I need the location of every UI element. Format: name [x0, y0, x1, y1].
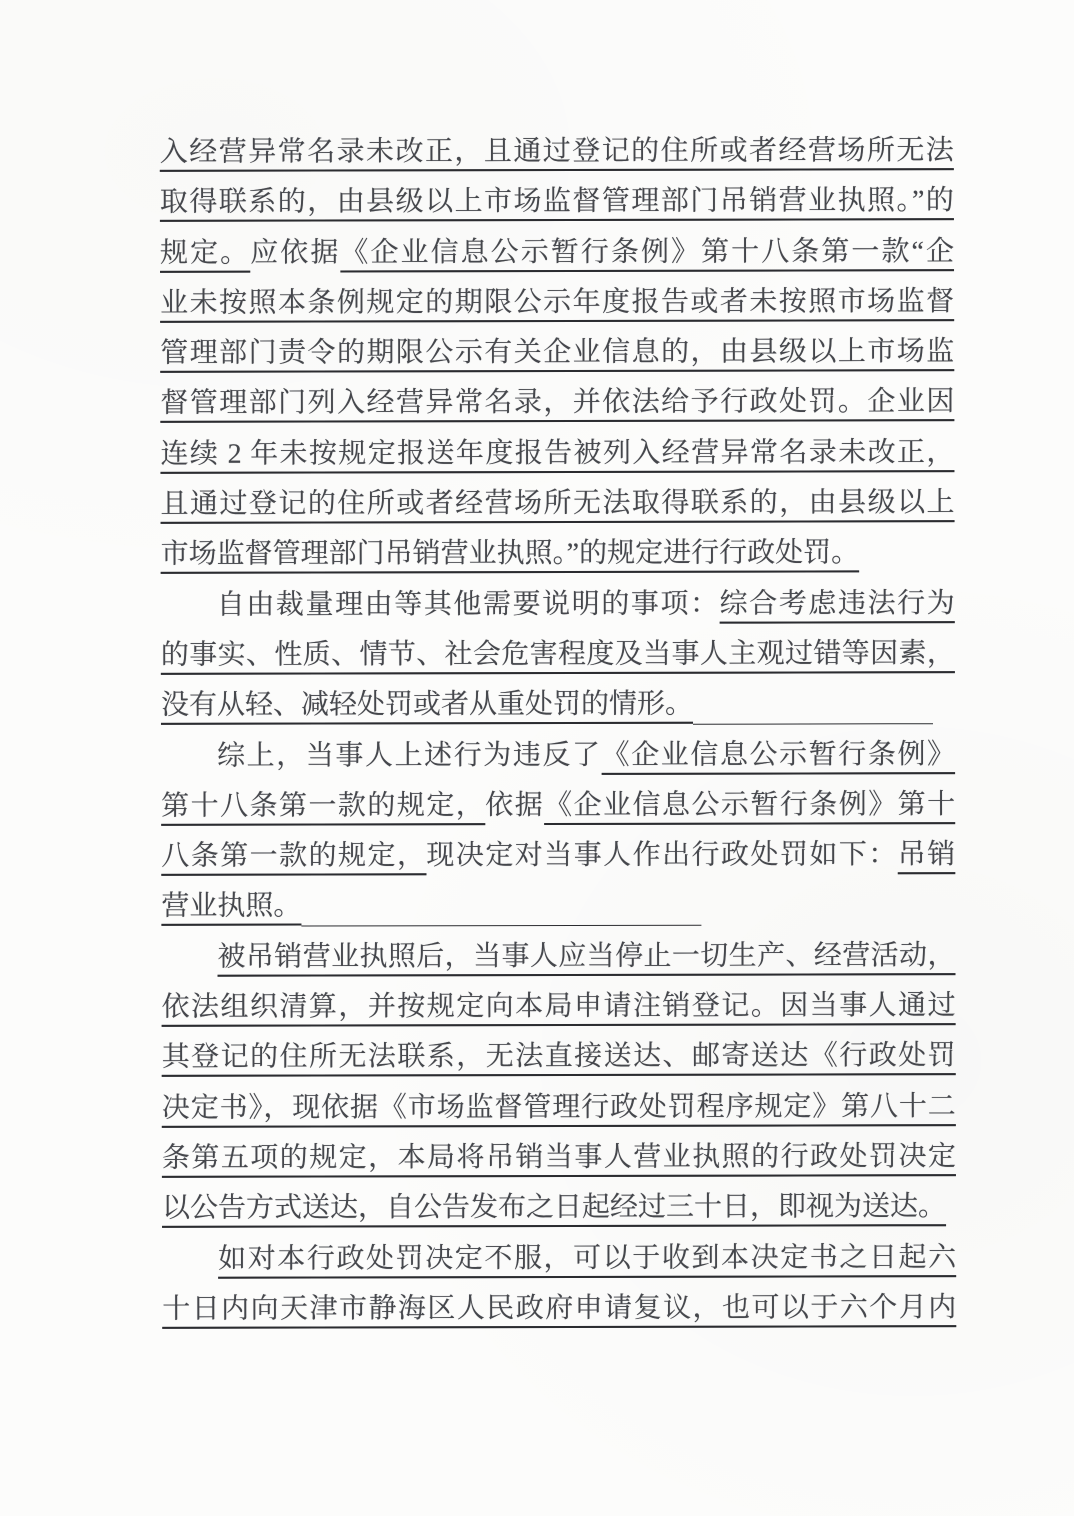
text-line: 自由裁量理由等其他需要说明的事项：综合考虑违法行为: [161, 579, 955, 631]
text-line: 营业执照。: [161, 881, 955, 933]
text-line: 综上，当事人上述行为违反了《企业信息公示暂行条例》: [161, 730, 955, 782]
text-segment: 应依据: [250, 237, 340, 268]
underlined-text-segment: 市场监督管理部门吊销营业执照。”的规定进行行政处罚。: [161, 538, 860, 570]
underlined-text-segment: 业未按照本条例规定的期限公示年度报告或者未按照市场监督: [160, 286, 954, 319]
text-line: 其登记的住所无法联系，无法直接送达、邮寄送达《行政处罚: [162, 1032, 956, 1084]
text-line: 没有从轻、减轻处罚或者从重处罚的情形。: [161, 679, 955, 731]
text-line: 取得联系的，由县级以上市场监督管理部门吊销营业执照。”的: [160, 176, 954, 228]
underlined-text-segment: 第十八条第一款的规定，: [161, 790, 485, 822]
text-line: 督管理部门列入经营异常名录，并依法给予行政处罚。企业因: [160, 378, 954, 430]
text-line: 十日内向天津市静海区人民政府申请复议，也可以于六个月内: [162, 1283, 956, 1335]
text-segment: 自由裁量理由等其他需要说明的事项：: [217, 588, 720, 620]
underlined-text-segment: 决定书》，现依据《市场监督管理行政处罚程序规定》第八十二: [162, 1091, 956, 1124]
scanned-page: 入经营异常名录未改正，且通过登记的住所或者经营场所无法取得联系的，由县级以上市场…: [0, 0, 1074, 1516]
underlined-text-segment: 《企业信息公示暂行条例》第十八条第一款“企: [340, 236, 954, 268]
text-line: 第十八条第一款的规定，依据《企业信息公示暂行条例》第十: [161, 780, 955, 832]
underlined-text-segment: 其登记的住所无法联系，无法直接送达、邮寄送达《行政处罚: [162, 1041, 956, 1074]
underlined-text-segment: 管理部门责令的期限公示有关企业信息的，由县级以上市场监: [160, 336, 954, 369]
blank-underline-rule: [301, 924, 701, 927]
text-line: 规定。应依据《企业信息公示暂行条例》第十八条第一款“企: [160, 227, 954, 279]
underlined-text-segment: 以公告方式送达，自公告发布之日起经过三十日，即视为送达。: [162, 1191, 946, 1224]
text-line: 决定书》，现依据《市场监督管理行政处罚程序规定》第八十二: [162, 1082, 956, 1134]
underlined-text-segment: 《企业信息公示暂行条例》: [602, 739, 955, 771]
text-segment: 综上，当事人上述行为违反了: [217, 739, 602, 771]
blank-underline-rule: [693, 722, 933, 725]
underlined-text-segment: 连续 2 年未按规定报送年度报告被列入经营异常名录未改正，: [160, 437, 954, 470]
underlined-text-segment: 十日内向天津市静海区人民政府申请复议，也可以于六个月内: [162, 1292, 956, 1325]
text-line: 市场监督管理部门吊销营业执照。”的规定进行行政处罚。: [161, 529, 955, 581]
underlined-text-segment: 吊销: [898, 839, 956, 870]
underlined-text-segment: 如对本行政处罚决定不服，可以于收到本决定书之日起六: [218, 1242, 956, 1275]
text-line: 连续 2 年未按规定报送年度报告被列入经营异常名录未改正，: [160, 428, 954, 480]
underlined-text-segment: 《企业信息公示暂行条例》第十: [544, 789, 955, 821]
underlined-text-segment: 的事实、性质、情节、社会危害程度及当事人主观过错等因素，: [161, 638, 955, 671]
text-segment: 依据: [485, 790, 544, 821]
underlined-text-segment: 条第五项的规定，本局将吊销当事人营业执照的行政处罚决定: [162, 1141, 956, 1174]
text-line: 业未按照本条例规定的期限公示年度报告或者未按照市场监督: [160, 277, 954, 329]
text-line: 如对本行政处罚决定不服，可以于收到本决定书之日起六: [162, 1233, 956, 1285]
text-line: 八条第一款的规定，现决定对当事人作出行政处罚如下：吊销: [161, 830, 955, 882]
underlined-text-segment: 没有从轻、减轻处罚或者从重处罚的情形。: [161, 689, 693, 721]
underlined-text-segment: 依法组织清算，并按规定向本局申请注销登记。因当事人通过: [162, 990, 956, 1023]
underlined-text-segment: 取得联系的，由县级以上市场监督管理部门吊销营业执照。”的: [160, 185, 954, 218]
text-line: 且通过登记的住所或者经营场所无法取得联系的，由县级以上: [160, 478, 954, 530]
text-segment: 现决定对当事人作出行政处罚如下：: [426, 839, 897, 871]
text-line: 依法组织清算，并按规定向本局申请注销登记。因当事人通过: [162, 981, 956, 1033]
underlined-text-segment: 八条第一款的规定，: [161, 840, 426, 872]
text-line: 管理部门责令的期限公示有关企业信息的，由县级以上市场监: [160, 327, 954, 379]
underlined-text-segment: 督管理部门列入经营异常名录，并依法给予行政处罚。企业因: [160, 387, 954, 420]
underlined-text-segment: 且通过登记的住所或者经营场所无法取得联系的，由县级以上: [160, 487, 954, 520]
document-text-block: 入经营异常名录未改正，且通过登记的住所或者经营场所无法取得联系的，由县级以上市场…: [160, 126, 957, 1335]
underlined-text-segment: 营业执照。: [161, 891, 301, 922]
underlined-text-segment: 入经营异常名录未改正，且通过登记的住所或者经营场所无法: [160, 135, 954, 168]
text-line: 条第五项的规定，本局将吊销当事人营业执照的行政处罚决定: [162, 1132, 956, 1184]
underlined-text-segment: 综合考虑违法行为: [720, 588, 955, 619]
text-line: 以公告方式送达，自公告发布之日起经过三十日，即视为送达。: [162, 1182, 956, 1234]
text-line: 入经营异常名录未改正，且通过登记的住所或者经营场所无法: [160, 126, 954, 178]
text-line: 被吊销营业执照后，当事人应当停止一切生产、经营活动，: [161, 931, 955, 983]
text-line: 的事实、性质、情节、社会危害程度及当事人主观过错等因素，: [161, 629, 955, 681]
underlined-text-segment: 规定。: [160, 237, 250, 268]
underlined-text-segment: 被吊销营业执照后，当事人应当停止一切生产、经营活动，: [217, 940, 955, 973]
